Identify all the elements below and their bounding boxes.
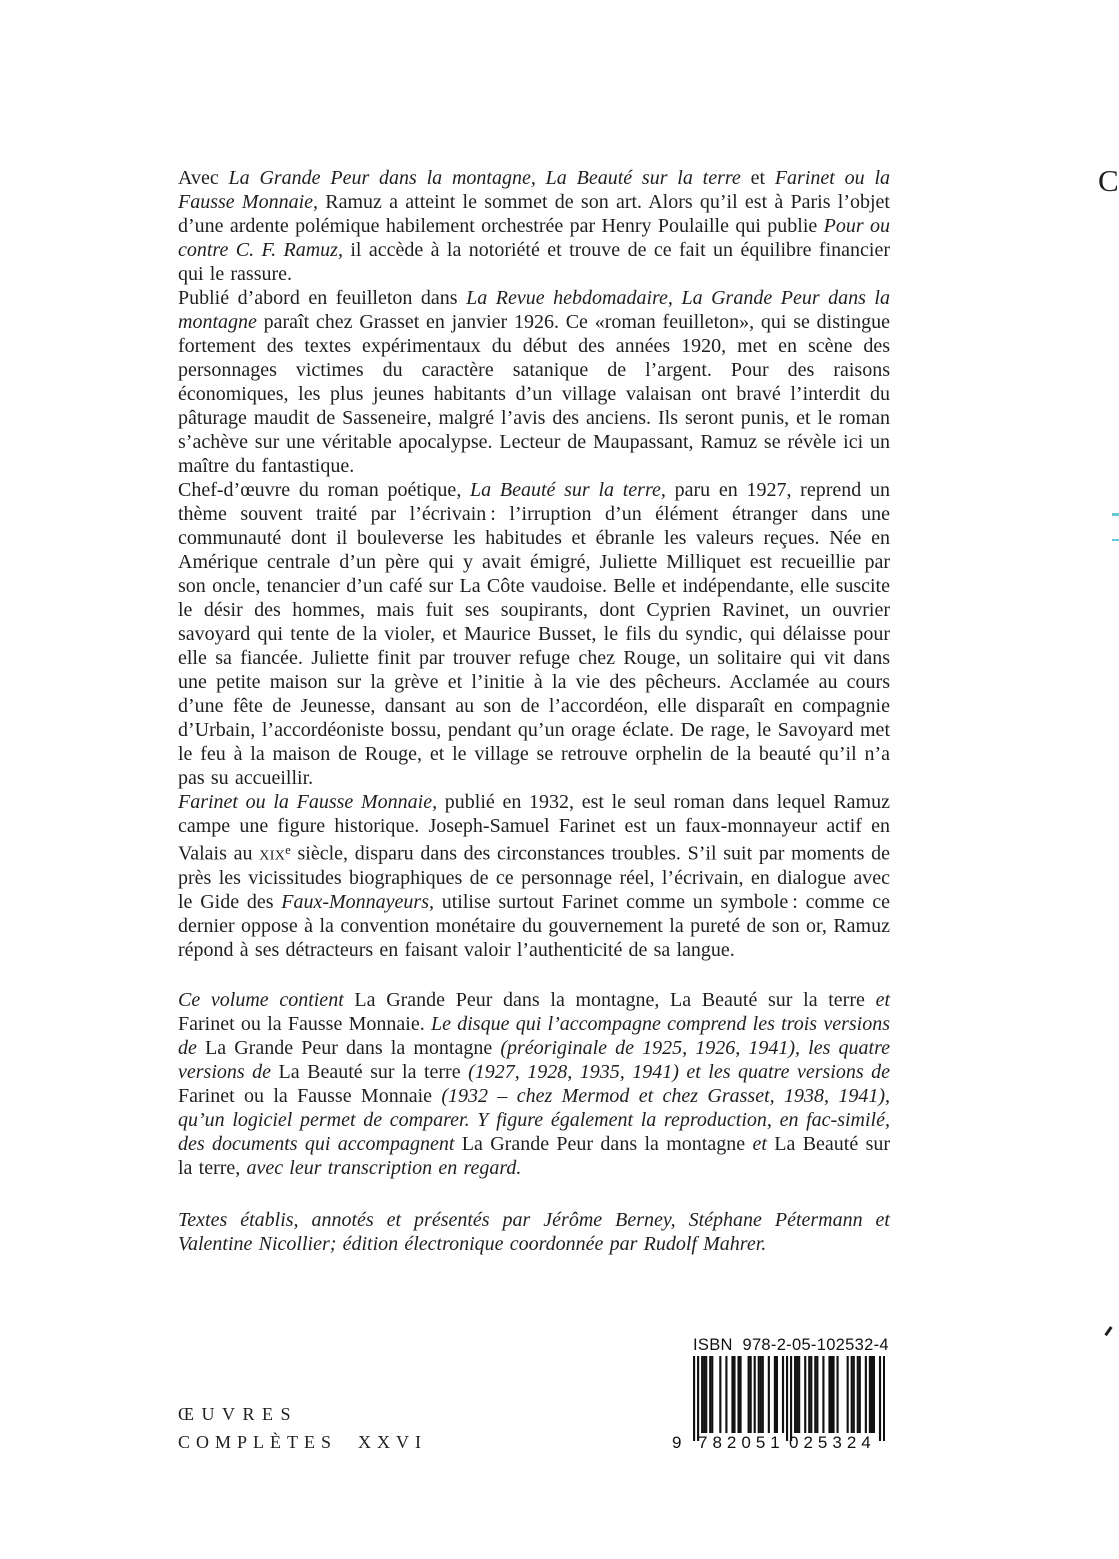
isbn-barcode-block: ISBN 978-2-05-102532-4 9 782051 025324 [672,1336,886,1456]
ean13-barcode [693,1356,885,1442]
barcode-digits-left-group: 782051 [698,1433,785,1453]
blurb-text-block: Avec La Grande Peur dans la montagne, La… [178,166,890,1256]
blurb-paragraph-grande-peur: Publié d’abord en feuilleton dans La Rev… [178,286,890,478]
series-title: ŒUVRES COMPLÈTES XXVI [178,1404,427,1453]
blurb-paragraph-farinet: Farinet ou la Fausse Monnaie, publié en … [178,790,890,962]
page-edge-cyan-mark-icon [1112,513,1119,541]
isbn-label: ISBN 978-2-05-102532-4 [693,1336,885,1355]
series-title-line2: COMPLÈTES XXVI [178,1432,427,1453]
book-back-cover: Avec La Grande Peur dans la montagne, La… [0,0,1119,1559]
page-edge-letter-c: C [1098,165,1119,196]
credits-paragraph: Textes établis, annotés et présentés par… [178,1208,890,1256]
volume-contents-paragraph: Ce volume contient La Grande Peur dans l… [178,988,890,1180]
blurb-paragraph-beaute-sur-la-terre: Chef-d’œuvre du roman poétique, La Beaut… [178,478,890,790]
page-edge-ink-mark-icon [1104,1326,1112,1336]
blurb-paragraph-intro: Avec La Grande Peur dans la montagne, La… [178,166,890,286]
series-title-line1: ŒUVRES [178,1404,427,1425]
barcode-digit-lead: 9 [672,1433,681,1453]
barcode-digits-right-group: 025324 [789,1433,876,1453]
